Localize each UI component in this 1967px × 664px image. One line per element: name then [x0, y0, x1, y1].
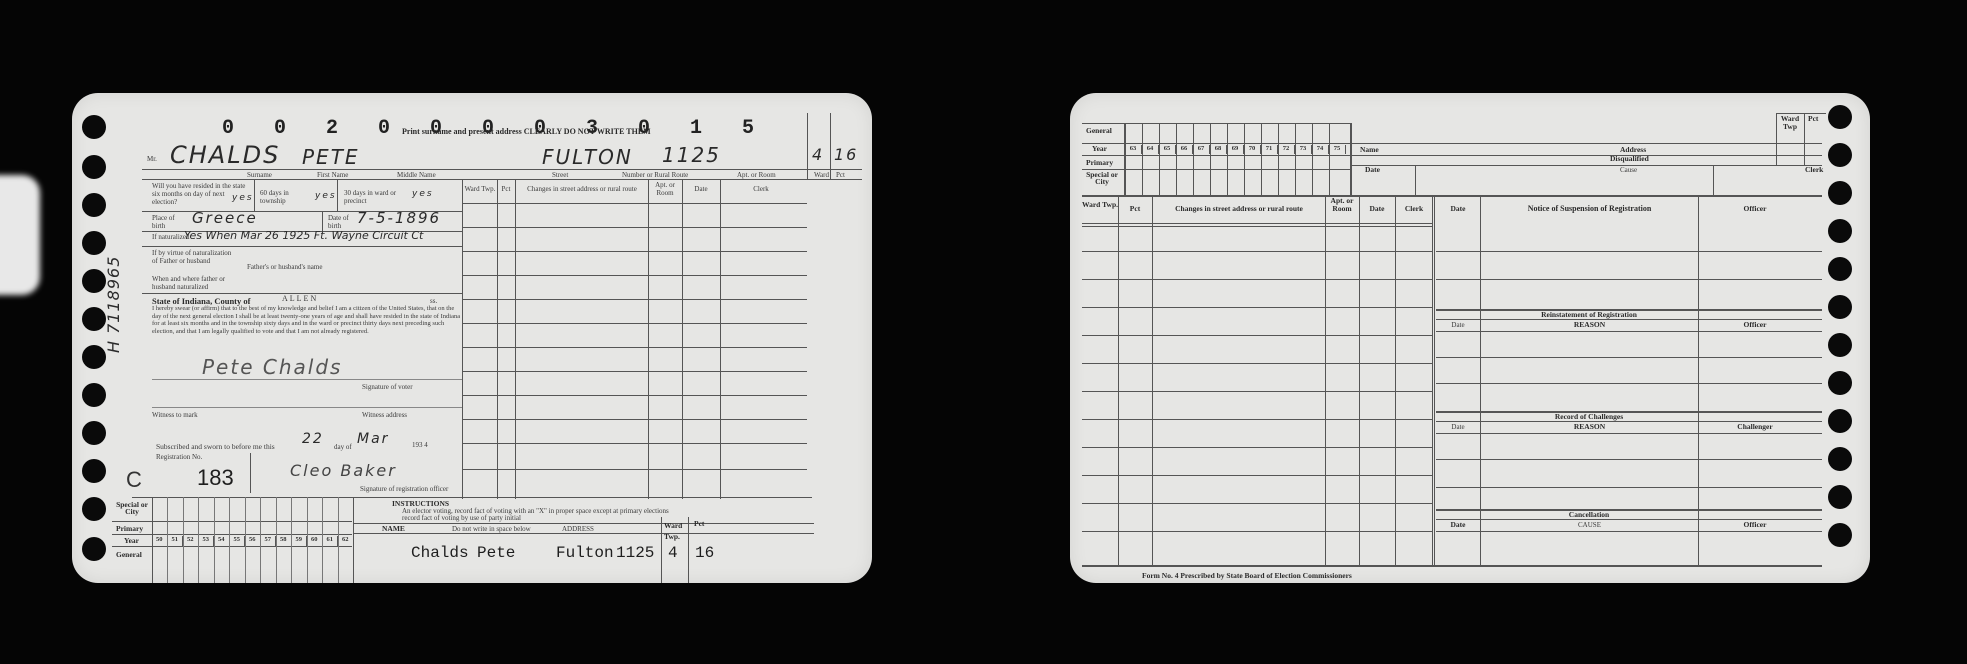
registration-no-value: 183 [197, 465, 234, 491]
subscribed-day-of-label: day of [334, 443, 352, 451]
oath-state-line: State of Indiana, County of [152, 297, 250, 305]
reinstatement-header-date: Date [1436, 321, 1480, 329]
back-changes-header-clerk: Clerk [1396, 205, 1432, 213]
punch-hole [82, 269, 106, 293]
punch-hole [1828, 447, 1852, 471]
oath-text: I hereby swear (or affirm) that to the b… [152, 305, 462, 335]
residency-q3-label: 30 days in ward or precinct [344, 189, 419, 205]
subscribed-text: Subscribed and sworn to before me this [156, 443, 275, 451]
residency-q2-value: yes [315, 191, 337, 201]
punch-hole [82, 497, 106, 521]
voter-signature-label: Signature of voter [362, 383, 413, 391]
punch-hole [1828, 523, 1852, 547]
subscribed-year: 193 4 [412, 441, 428, 449]
place-of-birth-value: Greece [192, 209, 258, 227]
disq-disqualified-label: Disqualified [1610, 155, 1649, 163]
prefix-label: Mr. [147, 155, 157, 163]
challenges-header-date: Date [1436, 423, 1480, 431]
disq-pct-label: Pct [1808, 115, 1818, 123]
punch-hole [82, 537, 106, 561]
instructions-pct-label: Pct [694, 520, 704, 528]
back-changes-header-pct: Pct [1120, 205, 1150, 213]
grid-label-special: Special or City [112, 501, 152, 515]
cancellation-title: Cancellation [1480, 511, 1698, 519]
back-changes-header-date: Date [1360, 205, 1394, 213]
print-instruction: Print surname and present address CLEARL… [402, 128, 651, 136]
oath-ss: ss. [430, 297, 437, 305]
punch-hole [1828, 409, 1852, 433]
voter-signature: Pete Chalds [202, 355, 342, 379]
date-of-birth-value: 7-5-1896 [357, 209, 441, 227]
instructions-name-label: NAME [382, 525, 405, 533]
back-grid-label-special: Special or City [1084, 171, 1120, 185]
punch-hole [1828, 295, 1852, 319]
surname-label: Surname [247, 171, 272, 179]
back-grid-label-general: General [1086, 127, 1112, 135]
changes-header-ward: Ward Twp. [464, 185, 496, 193]
witness-label: Witness to mark [152, 411, 198, 419]
street-handwritten: FULTON [542, 145, 633, 169]
changes-header-date: Date [683, 185, 719, 193]
typed-ward: 4 [668, 544, 678, 562]
grid-label-primary: Primary [116, 525, 143, 533]
instructions-address-label: ADDRESS [562, 525, 594, 533]
punch-hole [82, 383, 106, 407]
punch-hole [1828, 181, 1852, 205]
apt-label: Apt. or Room [737, 171, 776, 179]
date-of-birth-label: Date of birth [328, 214, 358, 230]
instructions-no-write-label: Do not write in space below [452, 525, 531, 533]
back-changes-header-apt: Apt. or Room [1326, 197, 1358, 213]
officer-signature: Cleo Baker [290, 461, 397, 480]
father-naturalized-label: When and where father or husband natural… [152, 275, 242, 291]
back-grid-label-primary: Primary [1086, 159, 1113, 167]
naturalization-father-label: If by virtue of naturalization of Father… [152, 249, 232, 265]
punch-hole [82, 345, 106, 369]
disq-name-label: Name [1360, 146, 1379, 154]
cancellation-header-officer: Officer [1700, 521, 1810, 529]
margin-handwriting: H 7118965 [104, 256, 123, 353]
disq-date-label: Date [1365, 166, 1380, 174]
residency-q1-value: yes [232, 193, 254, 203]
changes-header-apt: Apt. or Room [649, 181, 681, 197]
reinstatement-header-officer: Officer [1700, 321, 1810, 329]
suspension-header-officer: Officer [1700, 205, 1810, 213]
punch-hole [82, 115, 106, 139]
precinct-handwritten: 16 [834, 145, 858, 164]
reinstatement-title: Reinstatement of Registration [1480, 311, 1698, 319]
challenges-header-challenger: Challenger [1700, 423, 1810, 431]
typed-street: Fulton [556, 544, 614, 562]
place-of-birth-label: Place of birth [152, 214, 182, 230]
cancellation-header-cause: CAUSE [1482, 521, 1697, 529]
suspension-header-notice: Notice of Suspension of Registration [1482, 205, 1697, 213]
ward-label: Ward [814, 171, 829, 179]
typed-first-name: Pete [477, 544, 515, 562]
surname-handwritten: CHALDS [170, 141, 280, 169]
registration-card-back: General Year 63 64 65 66 67 68 69 70 71 … [1070, 93, 1870, 583]
subscribed-month: Mar [357, 431, 389, 447]
subscribed-day: 22 [302, 431, 324, 447]
challenges-title: Record of Challenges [1480, 413, 1698, 421]
street-label: Street [552, 171, 568, 179]
number-handwritten: 1125 [662, 143, 721, 167]
cancellation-header-date: Date [1436, 521, 1480, 529]
back-changes-header-address: Changes in street address or rural route [1154, 205, 1324, 213]
punch-hole [82, 307, 106, 331]
punch-hole [82, 193, 106, 217]
disq-address-label: Address [1620, 146, 1646, 154]
first-name-label: First Name [317, 171, 348, 179]
changes-header-clerk: Clerk [721, 185, 801, 193]
instructions-line2: record fact of voting by use of party in… [402, 514, 822, 522]
middle-name-label: Middle Name [397, 171, 436, 179]
letter-mark: C [126, 467, 142, 493]
punch-hole [82, 421, 106, 445]
typed-surname: Chalds [411, 544, 469, 562]
back-changes-header-ward: Ward Twp. [1082, 201, 1118, 209]
punch-hole [1828, 371, 1852, 395]
typed-pct: 16 [695, 544, 714, 562]
grid-label-general: General [116, 551, 142, 559]
punch-hole [1828, 105, 1852, 129]
instructions-ward-label: Ward Twp. [664, 520, 686, 542]
form-footer: Form No. 4 Prescribed by State Board of … [1142, 571, 1352, 580]
punch-hole [82, 231, 106, 255]
punch-hole [82, 155, 106, 179]
punch-hole [1828, 485, 1852, 509]
registration-no-label: Registration No. [156, 453, 202, 461]
father-name-label: Father's or husband's name [247, 263, 322, 271]
changes-header-pct: Pct [498, 185, 514, 193]
residency-q2-label: 60 days in township [260, 189, 315, 205]
naturalized-value: Yes When Mar 26 1925 Ft. Wayne Circuit C… [184, 229, 423, 242]
back-grid-label-year: Year [1092, 145, 1107, 153]
punch-hole [1828, 219, 1852, 243]
disq-cause-label: Cause [1620, 166, 1637, 174]
disq-ward-label: Ward Twp [1777, 115, 1803, 131]
ward-handwritten: 4 [812, 145, 824, 164]
suspension-header-date: Date [1436, 205, 1480, 213]
typed-number: 1125 [616, 544, 654, 562]
number-label: Number or Rural Route [622, 171, 688, 179]
officer-signature-label: Signature of registration officer [360, 485, 448, 493]
reinstatement-header-reason: REASON [1482, 321, 1697, 329]
witness-address-label: Witness address [362, 411, 407, 419]
oath-county: ALLEN [282, 295, 318, 303]
grid-label-year: Year [124, 537, 139, 545]
first-name-handwritten: PETE [302, 145, 360, 169]
scan-artifact [0, 175, 40, 295]
punch-hole [1828, 143, 1852, 167]
punch-hole [1828, 333, 1852, 357]
precinct-label: Pct [836, 171, 845, 179]
residency-q3-value: yes [412, 189, 434, 199]
registration-card-front: 0 0 2 0 0 0 0 3 0 1 5 Print surname and … [72, 93, 872, 583]
disq-clerk-label: Clerk [1805, 166, 1823, 174]
changes-header-address: Changes in street address or rural route [516, 185, 648, 193]
challenges-header-reason: REASON [1482, 423, 1697, 431]
punch-hole [1828, 257, 1852, 281]
punch-hole [82, 459, 106, 483]
